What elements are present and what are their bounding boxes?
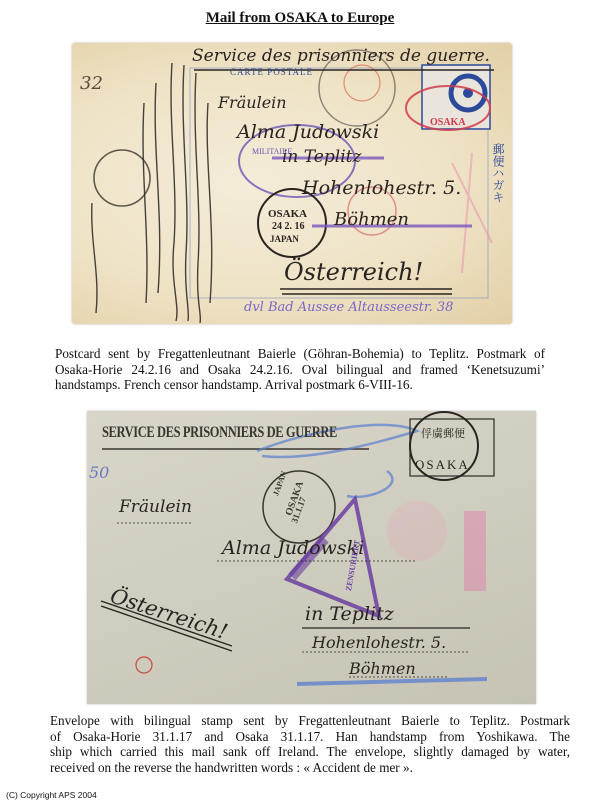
caption-line: ship which carried this mail sank off Ir… [50,744,570,760]
postcard-header-print: CARTE POSTALE [230,67,313,77]
caption-line: Osaka-Horie 24.2.16 and Osaka 24.2.16. O… [55,362,545,378]
postcard-address-line: Österreich! [284,258,423,286]
postcard-footer-note: dvl Bad Aussee Altausseestr. 38 [244,300,453,315]
postcard-censor-text: MILITAIRE [252,147,292,156]
postcard-address-line: Böhmen [334,209,409,230]
envelope-catalog-number: 50 [89,463,109,482]
envelope-address-line: Hohenlohestr. 5. [312,633,446,652]
postcard-address-line: in Teplitz [282,147,361,167]
postcard-handwritten-header: Service des prisonniers de guerre. [192,46,490,66]
postcard-catalog-number: 32 [80,73,103,94]
caption-line: Postcard sent by Fregattenleutnant Baier… [55,346,545,362]
envelope-address-line: Alma Judowski [222,537,364,559]
page-title: Mail from OSAKA to Europe [0,10,600,27]
postcard-postmark-country: JAPAN [270,234,299,244]
envelope-address-line: Böhmen [349,659,416,678]
caption-line: of Osaka-Horie 31.1.17 and Osaka 31.1.17… [50,729,570,745]
envelope-address-line: Fräulein [119,497,192,517]
postcard-postmark-text: OSAKA [268,208,307,220]
postcard-postmark-date: 24 2. 16 [272,221,305,232]
postcard-stamp-text: OSAKA [430,117,466,128]
postcard-image: CARTE POSTALE Service des prisonniers de… [72,43,512,324]
postcard-address-line: Alma Judowski [237,121,379,143]
envelope-image: SERVICE DES PRISONNIERS DE GUERRE 50 Frä… [87,411,536,704]
caption-line: handstamps. French censor handstamp. Arr… [55,377,545,393]
caption-line: Envelope with bilingual stamp sent by Fr… [50,713,570,729]
postcard-caption: Postcard sent by Fregattenleutnant Baier… [55,346,545,393]
envelope-address-line: in Teplitz [305,603,394,625]
envelope-header-print: SERVICE DES PRISONNIERS DE GUERRE [102,424,337,442]
postcard-address-line: Fräulein [218,93,287,112]
copyright-notice: (C) Copyright APS 2004 [6,790,97,800]
envelope-stamp-text: OSAKA [415,457,470,473]
envelope-caption: Envelope with bilingual stamp sent by Fr… [50,713,570,775]
postcard-japanese-text: 郵便ハガキ [490,143,507,203]
envelope-stamp-kanji: 俘虜郵便 [421,425,465,441]
caption-line: received on the reverse the handwritten … [50,760,570,776]
postcard-address-line: Hohenlohestr. 5. [302,177,461,199]
